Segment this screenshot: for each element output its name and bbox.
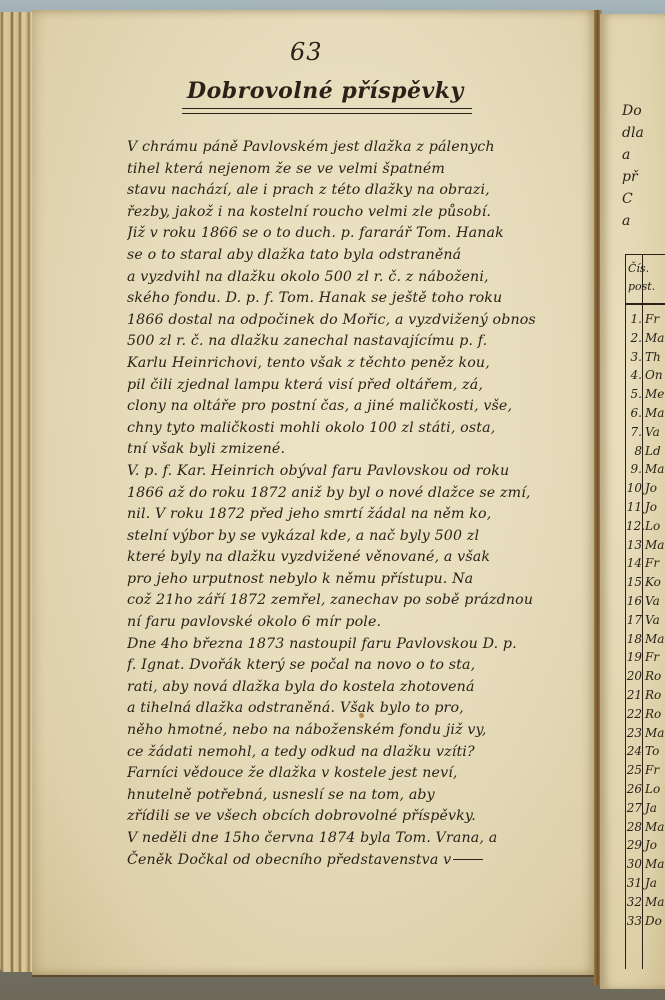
row-number: 25 xyxy=(626,761,642,780)
row-number: 15 xyxy=(626,573,642,592)
table-row: 21Ro xyxy=(626,686,665,705)
table-row: 13Ma xyxy=(626,536,665,555)
row-name: Do xyxy=(642,912,662,931)
heading-fragment: a xyxy=(622,210,644,232)
text-line: V neděli dne 15ho června 1874 byla Tom. … xyxy=(127,828,627,850)
table-row: 33Do xyxy=(626,912,665,931)
table-row: 7.Va xyxy=(626,423,665,442)
table-row: 5.Me xyxy=(626,385,665,404)
table-row: 28Ma xyxy=(626,818,665,837)
row-number: 17 xyxy=(626,611,642,630)
text-line: a tihelná dlažka odstraněná. Však bylo t… xyxy=(127,698,627,720)
table-row: 14Fr xyxy=(626,554,665,573)
row-name: Fr xyxy=(642,761,659,780)
row-number: 33 xyxy=(626,912,642,931)
row-name: Ro xyxy=(642,667,661,686)
table-rule-header xyxy=(626,303,665,305)
row-name: To xyxy=(642,742,659,761)
row-name: Ma xyxy=(642,460,664,479)
text-line: Dne 4ho března 1873 nastoupil faru Pavlo… xyxy=(127,634,627,656)
text-line: a vyzdvihl na dlažku okolo 500 zl r. č. … xyxy=(127,267,627,289)
table-row: 15Ko xyxy=(626,573,665,592)
row-number: 1. xyxy=(626,310,642,329)
text-line: V chrámu páně Pavlovském jest dlažka z p… xyxy=(127,137,627,159)
row-number: 30 xyxy=(626,855,642,874)
row-number: 26 xyxy=(626,780,642,799)
row-name: Ro xyxy=(642,686,661,705)
table-row: 18Ma xyxy=(626,630,665,649)
right-page-heading: Do dla a př C a xyxy=(622,100,644,232)
table-row: 22Ro xyxy=(626,705,665,724)
row-name: On xyxy=(642,366,663,385)
row-number: 24 xyxy=(626,742,642,761)
row-number: 20 xyxy=(626,667,642,686)
row-number: 12. xyxy=(626,517,642,536)
table-row: 12.Lo xyxy=(626,517,665,536)
text-line: V. p. f. Kar. Heinrich obýval faru Pavlo… xyxy=(127,461,627,483)
row-number: 5. xyxy=(626,385,642,404)
row-number: 4. xyxy=(626,366,642,385)
row-name: Ja xyxy=(642,799,657,818)
table-row: 10Jo xyxy=(626,479,665,498)
row-name: Jo xyxy=(642,479,657,498)
text-line: něho hmotné, nebo na náboženském fondu j… xyxy=(127,720,627,742)
row-number: 28 xyxy=(626,818,642,837)
row-name: Ja xyxy=(642,874,657,893)
header-post: post. xyxy=(628,278,655,296)
row-name: Ld xyxy=(642,442,661,461)
page-number: 63 xyxy=(290,38,323,66)
table-row: 11Jo xyxy=(626,498,665,517)
heading-fragment: C xyxy=(622,188,644,210)
text-line: rati, aby nová dlažka byla do kostela zh… xyxy=(127,677,627,699)
row-number: 6. xyxy=(626,404,642,423)
row-number: 18 xyxy=(626,630,642,649)
text-line: stelní výbor by se vykázal kde, a nač by… xyxy=(127,526,627,548)
table-row: 2.Ma xyxy=(626,329,665,348)
title-double-underline xyxy=(182,108,472,114)
text-line: 1866 dostal na odpočinek do Mořic, a vyz… xyxy=(127,310,627,332)
text-line: což 21ho září 1872 zemřel, zanechav po s… xyxy=(127,590,627,612)
table-row: 6.Ma xyxy=(626,404,665,423)
table-row: 3.Th xyxy=(626,348,665,367)
table-row: 24To xyxy=(626,742,665,761)
table-row: 32Ma xyxy=(626,893,665,912)
manuscript-body: V chrámu páně Pavlovském jest dlažka z p… xyxy=(127,137,627,871)
table-row: 1.Fr xyxy=(626,310,665,329)
row-name: Ma xyxy=(642,724,664,743)
book-photo: 63 Dobrovolné příspěvky V chrámu páně Pa… xyxy=(0,0,665,1000)
text-line: tní však byli zmizené. xyxy=(127,439,627,461)
row-name: Ma xyxy=(642,855,664,874)
text-line: f. Ignat. Dvořák který se počal na novo … xyxy=(127,655,627,677)
row-number: 7. xyxy=(626,423,642,442)
table-row: 19Fr xyxy=(626,648,665,667)
header-cislo: Čís. xyxy=(628,260,655,278)
row-name: Va xyxy=(642,423,660,442)
row-number: 22 xyxy=(626,705,642,724)
text-line: Již v roku 1866 se o to duch. p. fararář… xyxy=(127,223,627,245)
text-line: Karlu Heinrichovi, tento však z těchto p… xyxy=(127,353,627,375)
row-name: Ma xyxy=(642,536,664,555)
text-line: Farníci vědouce že dlažka v kostele jest… xyxy=(127,763,627,785)
row-number: 19 xyxy=(626,648,642,667)
row-name: Lo xyxy=(642,517,660,536)
text-line: ského fondu. D. p. f. Tom. Hanak se ješt… xyxy=(127,288,627,310)
text-line: se o to staral aby dlažka tato byla odst… xyxy=(127,245,627,267)
heading-fragment: dla xyxy=(622,122,644,144)
text-line: 1866 až do roku 1872 aniž by byl o nové … xyxy=(127,483,627,505)
table-row: 30Ma xyxy=(626,855,665,874)
row-name: Ma xyxy=(642,893,664,912)
text-line: které byly na dlažku vyzdvižené věnované… xyxy=(127,547,627,569)
page-title: Dobrovolné příspěvky xyxy=(187,78,464,104)
text-line: ce žádati nemohl, a tedy odkud na dlažku… xyxy=(127,742,627,764)
row-name: Ko xyxy=(642,573,661,592)
table-row: 4.On xyxy=(626,366,665,385)
row-name: Ma xyxy=(642,329,664,348)
text-line: zřídili se ve všech obcích dobrovolné př… xyxy=(127,806,627,828)
text-line: pil čili zjednal lampu která visí před o… xyxy=(127,375,627,397)
row-number: 9. xyxy=(626,460,642,479)
row-name: Lo xyxy=(642,780,660,799)
row-number: 13 xyxy=(626,536,642,555)
text-line: řezby, jakož i na kostelní roucho velmi … xyxy=(127,202,627,224)
contributors-table: Čís. post. 1.Fr 2.Ma 3.Th 4.On 5.Me 6.Ma… xyxy=(625,254,665,969)
heading-fragment: př xyxy=(622,166,644,188)
table-row: 29Jo xyxy=(626,836,665,855)
row-name: Fr xyxy=(642,648,659,667)
row-number: 29 xyxy=(626,836,642,855)
row-name: Jo xyxy=(642,836,657,855)
right-page: Do dla a př C a Čís. post. 1.Fr 2.Ma 3.T… xyxy=(600,14,665,989)
text-line: stavu nachází, ale i prach z této dlažky… xyxy=(127,180,627,202)
table-row: 9.Ma xyxy=(626,460,665,479)
row-name: Ro xyxy=(642,705,661,724)
row-name: Va xyxy=(642,611,660,630)
line-end-dash xyxy=(453,859,483,860)
left-page: 63 Dobrovolné příspěvky V chrámu páně Pa… xyxy=(32,10,597,977)
row-name: Ma xyxy=(642,630,664,649)
row-number: 14 xyxy=(626,554,642,573)
row-number: 8 xyxy=(626,442,642,461)
row-name: Jo xyxy=(642,498,657,517)
text-line: ní faru pavlovské okolo 6 mír pole. xyxy=(127,612,627,634)
text-line: 500 zl r. č. na dlažku zanechal nastavaj… xyxy=(127,331,627,353)
row-name: Me xyxy=(642,385,664,404)
heading-fragment: a xyxy=(622,144,644,166)
table-row: 20Ro xyxy=(626,667,665,686)
table-row: 16Va xyxy=(626,592,665,611)
row-number: 21 xyxy=(626,686,642,705)
table-header: Čís. post. xyxy=(628,260,655,296)
row-number: 16 xyxy=(626,592,642,611)
row-number: 27 xyxy=(626,799,642,818)
heading-fragment: Do xyxy=(622,100,644,122)
table-row: 31Ja xyxy=(626,874,665,893)
row-number: 11 xyxy=(626,498,642,517)
text-line: Čeněk Dočkal od obecního představenstva … xyxy=(127,852,451,868)
table-row: 17Va xyxy=(626,611,665,630)
row-name: Ma xyxy=(642,404,664,423)
row-number: 2. xyxy=(626,329,642,348)
row-name: Fr xyxy=(642,310,659,329)
table-rule-top xyxy=(626,254,665,255)
table-row: 23Ma xyxy=(626,724,665,743)
row-number: 32 xyxy=(626,893,642,912)
text-line: chny tyto maličkosti mohli okolo 100 zl … xyxy=(127,418,627,440)
stacked-page-edges xyxy=(0,12,34,972)
text-line-last: Čeněk Dočkal od obecního představenstva … xyxy=(127,850,627,872)
text-line: pro jeho urputnost nebylo k němu přístup… xyxy=(127,569,627,591)
table-row: 27Ja xyxy=(626,799,665,818)
table-body: 1.Fr 2.Ma 3.Th 4.On 5.Me 6.Ma 7.Va 8Ld 9… xyxy=(626,310,665,930)
text-line: hnutelně potřebná, usneslí se na tom, ab… xyxy=(127,785,627,807)
text-line: nil. V roku 1872 před jeho smrtí žádal n… xyxy=(127,504,627,526)
table-row: 26Lo xyxy=(626,780,665,799)
row-name: Ma xyxy=(642,818,664,837)
row-number: 10 xyxy=(626,479,642,498)
row-number: 31 xyxy=(626,874,642,893)
row-name: Va xyxy=(642,592,660,611)
row-name: Fr xyxy=(642,554,659,573)
row-number: 3. xyxy=(626,348,642,367)
table-row: 25Fr xyxy=(626,761,665,780)
text-line: tihel která nejenom že se ve velmi špatn… xyxy=(127,159,627,181)
table-row: 8Ld xyxy=(626,442,665,461)
row-name: Th xyxy=(642,348,661,367)
row-number: 23 xyxy=(626,724,642,743)
text-line: clony na oltáře pro postní čas, a jiné m… xyxy=(127,396,627,418)
